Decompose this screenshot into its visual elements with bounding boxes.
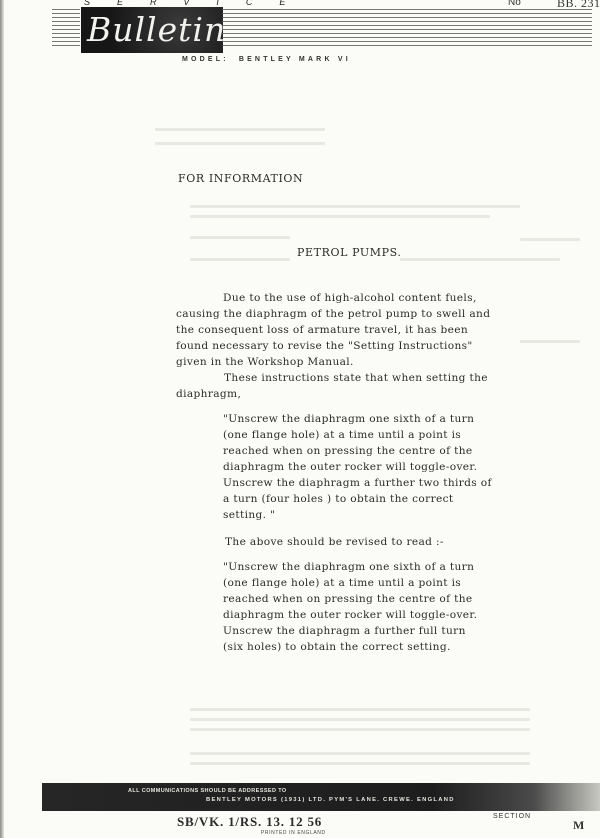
intro-line: causing the diaphragm of the petrol pump… <box>176 307 490 323</box>
quote-line: (one flange hole) at a time until a poin… <box>223 428 461 444</box>
service-label: SERVICE <box>84 0 312 7</box>
header-rule-lines-right <box>222 9 592 51</box>
quote-line: a turn (four holes ) to obtain the corre… <box>223 492 454 508</box>
bulletin-number: BB. 231 <box>557 0 600 11</box>
statement-line: These instructions state that when setti… <box>224 371 488 387</box>
subject-title: PETROL PUMPS. <box>297 245 401 261</box>
model-label: MODEL: <box>182 56 229 63</box>
quote-line: (one flange hole) at a time until a poin… <box>223 576 461 592</box>
quote-line: Unscrew the diaphragm a further full tur… <box>223 624 466 640</box>
reference-code: SB/VK. 1/RS. 13. 12 56 <box>177 814 322 830</box>
section-value: M <box>573 818 584 833</box>
quote-line: (six holes) to obtain the correct settin… <box>223 640 451 656</box>
footer-address: BENTLEY MOTORS (1931) LTD. PYM'S LANE. C… <box>206 797 455 803</box>
quote-line: "Unscrew the diaphragm one sixth of a tu… <box>223 412 474 428</box>
quote-line: setting. " <box>223 508 275 524</box>
intro-line: Due to the use of high-alcohol content f… <box>223 291 477 307</box>
model-value: BENTLEY MARK VI <box>239 56 351 63</box>
footer-address-intro: ALL COMMUNICATIONS SHOULD BE ADDRESSED T… <box>128 788 287 794</box>
quote-line: Unscrew the diaphragm a further two thir… <box>223 476 492 492</box>
page-edge-shadow <box>0 0 4 838</box>
intro-line: found necessary to revise the "Setting I… <box>176 339 473 355</box>
logo-title: Bulletin <box>87 10 226 49</box>
quote-line: reached when on pressing the centre of t… <box>223 592 473 608</box>
intro-line: given in the Workshop Manual. <box>176 355 354 371</box>
number-label: No <box>508 0 521 8</box>
statement-line: diaphragm, <box>176 387 241 403</box>
bulletin-logo: Bulletin <box>81 7 223 53</box>
quote-line: "Unscrew the diaphragm one sixth of a tu… <box>223 560 474 576</box>
category-heading: FOR INFORMATION <box>178 171 303 187</box>
header-rule-lines-left <box>52 9 80 51</box>
printed-in-label: PRINTED IN ENGLAND <box>261 830 326 836</box>
quote-line: reached when on pressing the centre of t… <box>223 444 473 460</box>
revision-intro: The above should be revised to read :- <box>225 535 444 551</box>
section-label: SECTION <box>493 813 531 820</box>
quote-line: diaphragm the outer rocker will toggle-o… <box>223 460 477 476</box>
intro-line: the consequent loss of armature travel, … <box>176 323 468 339</box>
quote-line: diaphragm the outer rocker will toggle-o… <box>223 608 477 624</box>
model-line: MODEL:BENTLEY MARK VI <box>182 56 351 63</box>
